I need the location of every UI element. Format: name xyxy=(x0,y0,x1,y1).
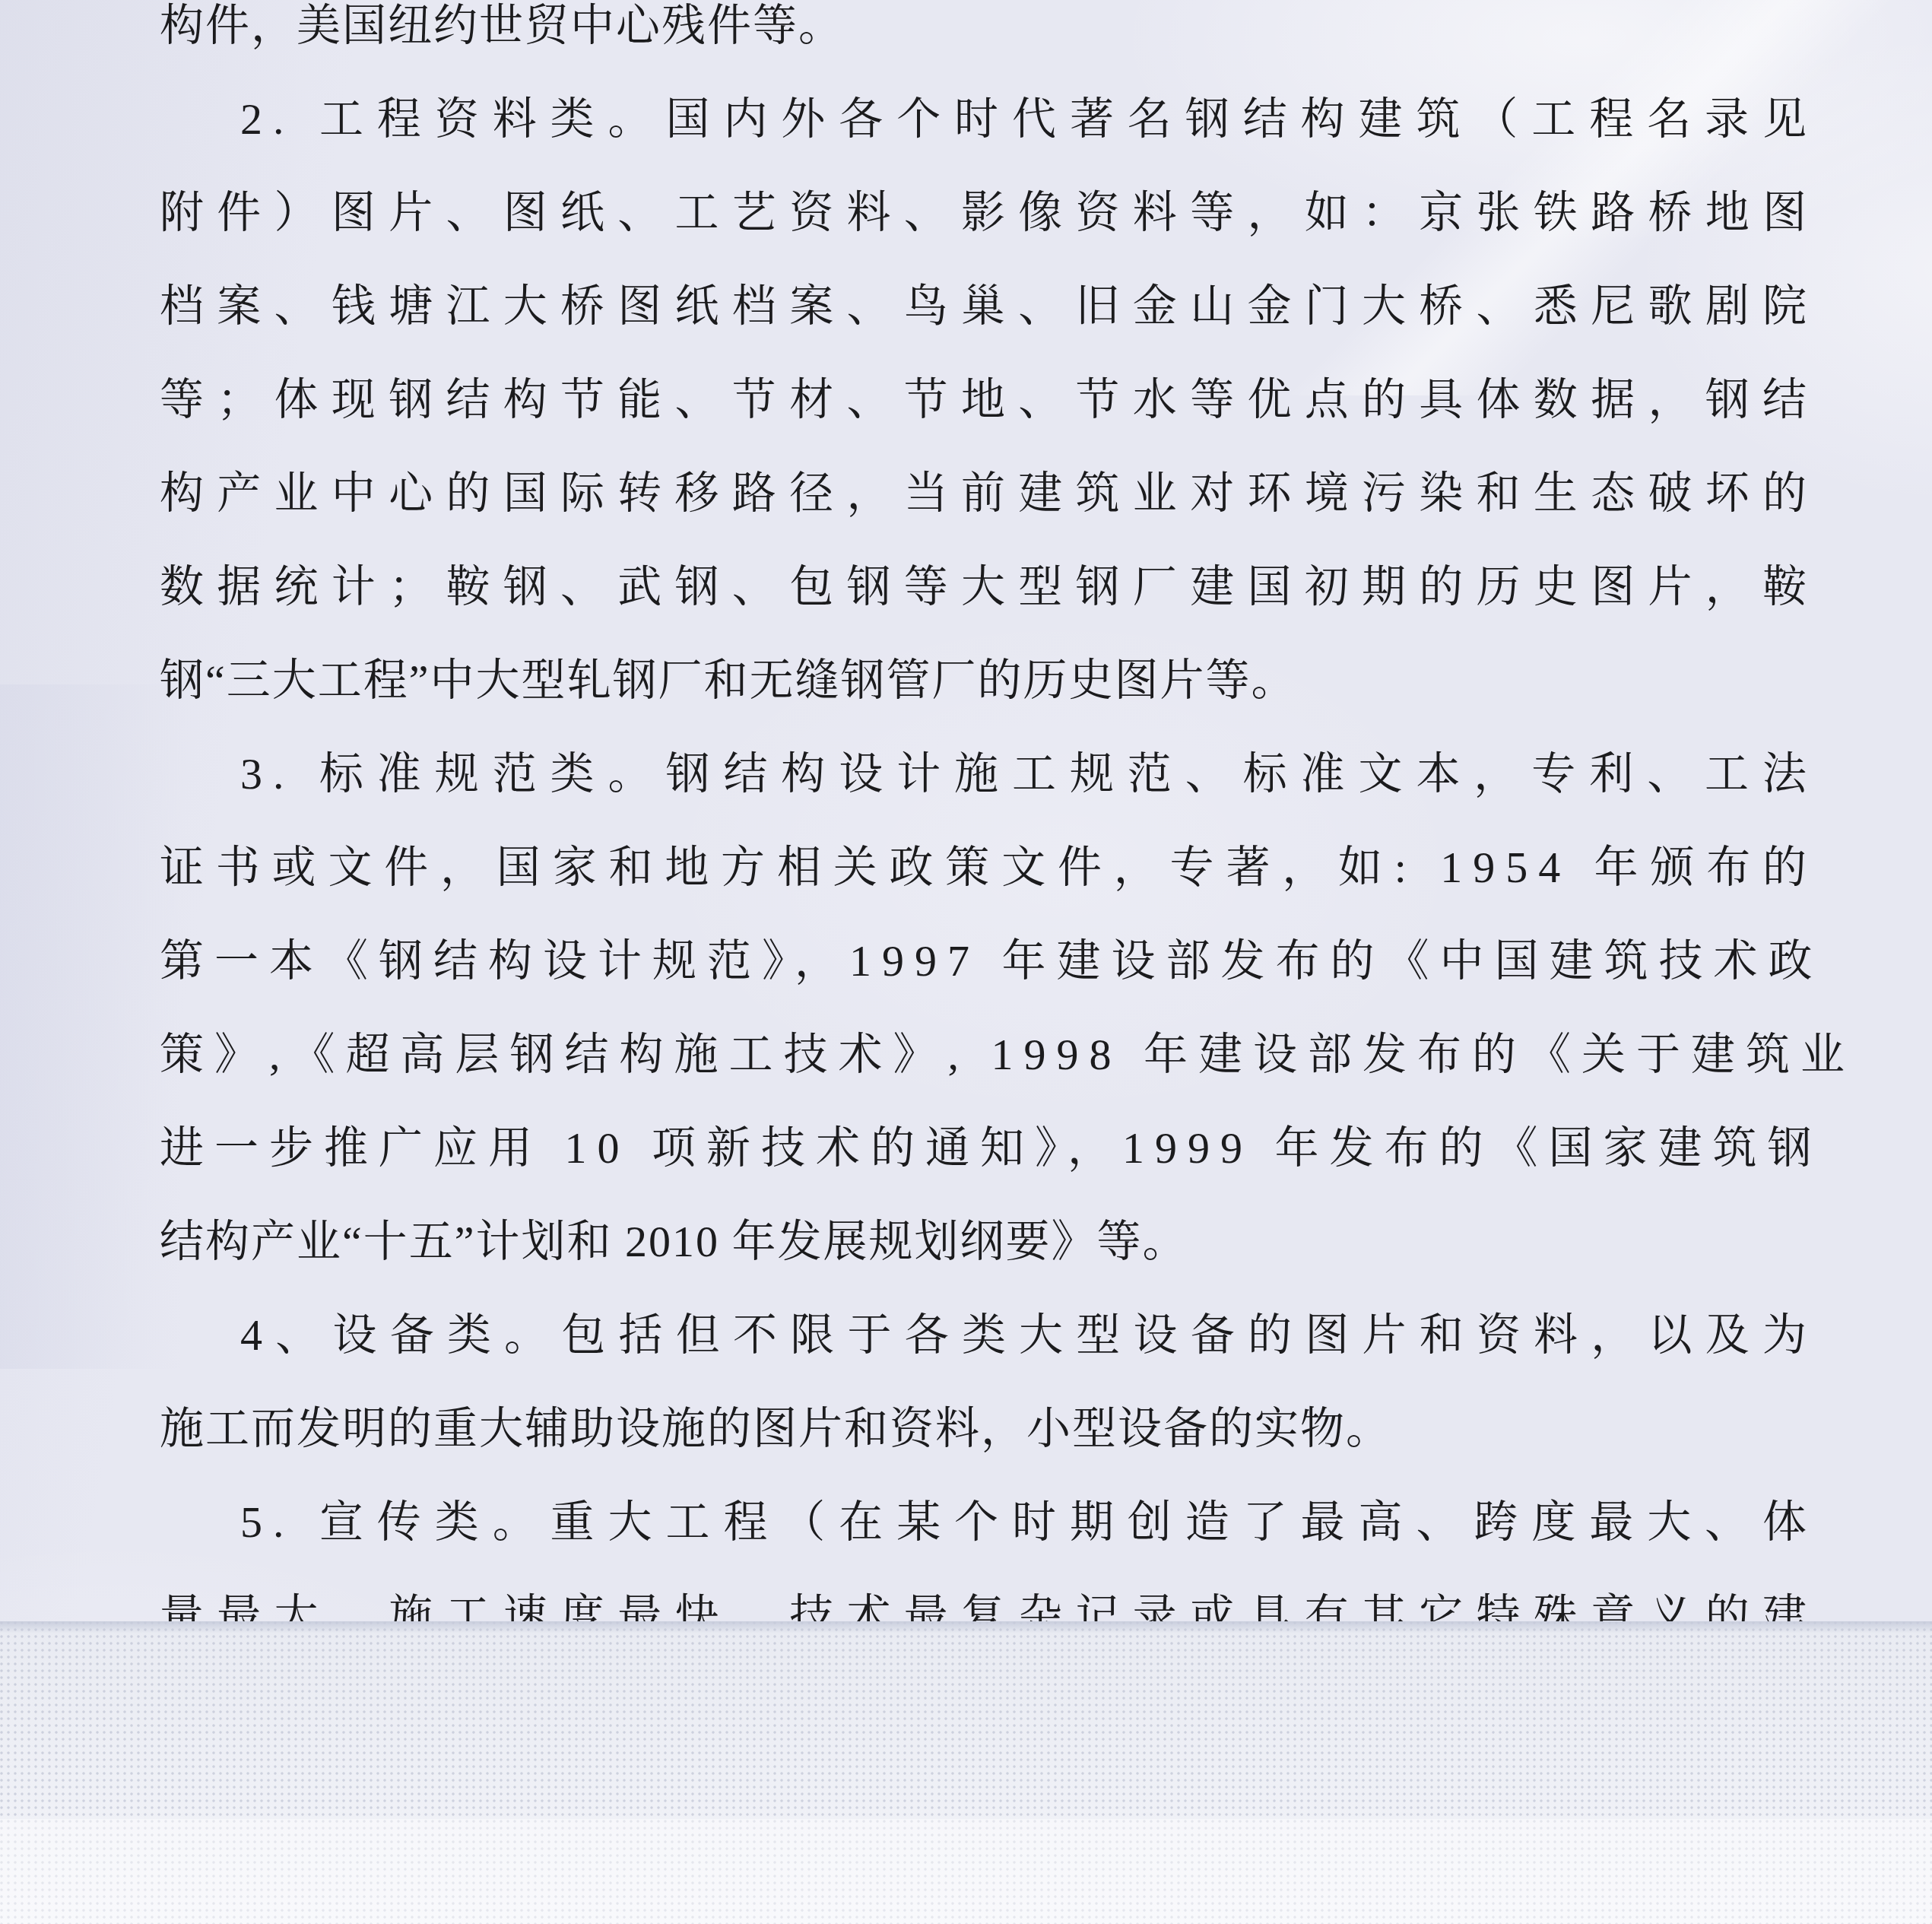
text-line: 2. 工程资料类。国内外各个时代著名钢结构建筑（工程名录见 xyxy=(160,72,1817,166)
text-line: 钢“三大工程”中大型轧钢厂和无缝钢管厂的历史图片等。 xyxy=(160,633,1817,727)
text-line: 等；体现钢结构节能、节材、节地、节水等优点的具体数据，钢结 xyxy=(160,353,1817,446)
text-line: 构产业中心的国际转移路径，当前建筑业对环境污染和生态破坏的 xyxy=(160,446,1817,540)
text-line: 档案、钱塘江大桥图纸档案、鸟巢、旧金山金门大桥、悉尼歌剧院 xyxy=(160,259,1817,353)
scanner-band-light-area xyxy=(0,1819,1932,1924)
text-line: 数据统计；鞍钢、武钢、包钢等大型钢厂建国初期的历史图片，鞍 xyxy=(160,540,1817,633)
text-line: 策》,《超高层钢结构施工技术》, 1998 年建设部发布的《关于建筑业 xyxy=(160,1008,1817,1101)
document-page: 构件，美国纽约世贸中心残件等。2. 工程资料类。国内外各个时代著名钢结构建筑（工… xyxy=(0,0,1932,1924)
text-line: 第一本《钢结构设计规范》，1997 年建设部发布的《中国建筑技术政 xyxy=(160,914,1817,1008)
text-line: 结构产业“十五”计划和 2010 年发展规划纲要》等。 xyxy=(160,1195,1817,1288)
text-line: 构件，美国纽约世贸中心残件等。 xyxy=(160,0,1817,72)
text-line: 证书或文件，国家和地方相关政策文件，专著，如: 1954 年颁布的 xyxy=(160,821,1817,914)
document-text-block: 构件，美国纽约世贸中心残件等。2. 工程资料类。国内外各个时代著名钢结构建筑（工… xyxy=(160,0,1817,1662)
scanner-artifact-band xyxy=(0,1621,1932,1924)
text-line: 附件）图片、图纸、工艺资料、影像资料等，如：京张铁路桥地图 xyxy=(160,166,1817,259)
text-line: 进一步推广应用 10 项新技术的通知》，1999 年发布的《国家建筑钢 xyxy=(160,1101,1817,1195)
text-line: 4、设备类。包括但不限于各类大型设备的图片和资料，以及为 xyxy=(160,1288,1817,1382)
text-line: 3. 标准规范类。钢结构设计施工规范、标准文本，专利、工法 xyxy=(160,727,1817,821)
text-line: 5. 宣传类。重大工程（在某个时期创造了最高、跨度最大、体 xyxy=(160,1475,1817,1569)
text-line: 施工而发明的重大辅助设施的图片和资料，小型设备的实物。 xyxy=(160,1382,1817,1475)
scanner-band-edge xyxy=(0,1621,1932,1633)
